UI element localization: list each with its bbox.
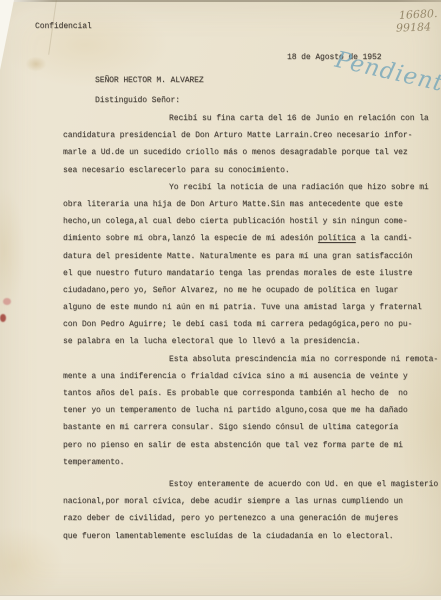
letter-paragraph: Esta absoluta prescindencia mia no corre…: [63, 355, 433, 475]
margin-mark-red-2: [0, 314, 6, 322]
scanned-letter-page: Confidencial 16680. 99184 18 de Agosto d…: [0, 0, 441, 600]
letter-line: que fueron lamentablemente escluídas de …: [63, 532, 433, 549]
letter-line: con Don Pedro Aguirre; le debí casi toda…: [63, 320, 433, 337]
handwritten-note-pendiente: Pendiente: [333, 47, 441, 99]
letter-line: bastante en mi carrera consular. Sigo si…: [63, 423, 433, 440]
underlined-word: política: [318, 234, 356, 243]
letter-line: Recibí su fina carta del 16 de Junio en …: [63, 114, 433, 131]
letter-line: Estoy enteramente de acuerdo con Ud. en …: [63, 480, 433, 497]
scan-edge-bottom: [0, 595, 441, 600]
letter-paragraph: Yo recibí la noticia de una radiación qu…: [63, 183, 433, 355]
letter-line: dimiento sobre mi obra,lanzó la especie …: [63, 234, 433, 251]
letter-line: se palabra en la lucha electoral que lo …: [63, 337, 433, 354]
letter-line: marle a Ud.de un sucedido criollo más o …: [63, 148, 433, 165]
archive-number-2: 99184: [396, 21, 431, 34]
letter-line: hecho,un colega,al cual debo cierta publ…: [63, 217, 433, 234]
margin-mark-red-1: [3, 298, 11, 305]
letter-paragraph: Estoy enteramente de acuerdo con Ud. en …: [63, 480, 433, 549]
recipient-line: SEÑOR HECTOR M. ALVAREZ: [95, 76, 204, 85]
letter-line: Esta absoluta prescindencia mia no corre…: [63, 355, 433, 372]
scan-edge-top: [0, 0, 441, 2]
letter-line: nacional,por moral cívica, debe acudir s…: [63, 497, 433, 514]
letter-line: obra literaria una hija de Don Arturo Ma…: [63, 200, 433, 217]
letter-line: temperamento.: [63, 458, 433, 475]
letter-line: mente a una indiferencia o frialdad cívi…: [63, 372, 433, 389]
letter-line: Yo recibí la noticia de una radiación qu…: [63, 183, 433, 200]
letter-body: Recibí su fina carta del 16 de Junio en …: [63, 114, 433, 549]
letter-line: tantos años del país. Es probable que co…: [63, 389, 433, 406]
letter-line: razo deber de civilidad, pero yo pertene…: [63, 514, 433, 531]
letter-line: ciudadano,pero yo, Señor Alvarez, no me …: [63, 286, 433, 303]
letter-line: tener yo un temperamento de lucha ni par…: [63, 406, 433, 423]
letter-line: sea necesario esclarecerlo para su conoc…: [63, 166, 433, 183]
letter-line: el que nuestro futuro mandatario tenga l…: [63, 269, 433, 286]
letter-line: alguno de este mundo ni aún en mi patria…: [63, 303, 433, 320]
salutation-line: Distinguido Señor:: [95, 96, 180, 105]
confidential-label: Confidencial: [35, 22, 92, 31]
letter-line: pero no pienso en salir de esta abstenci…: [63, 441, 433, 458]
letter-line: datura del presidente Matte. Naturalment…: [63, 252, 433, 269]
scan-corner-sliver: [0, 0, 22, 70]
letter-paragraph: Recibí su fina carta del 16 de Junio en …: [63, 114, 433, 183]
letter-line: candidatura presidencial de Don Arturo M…: [63, 131, 433, 148]
